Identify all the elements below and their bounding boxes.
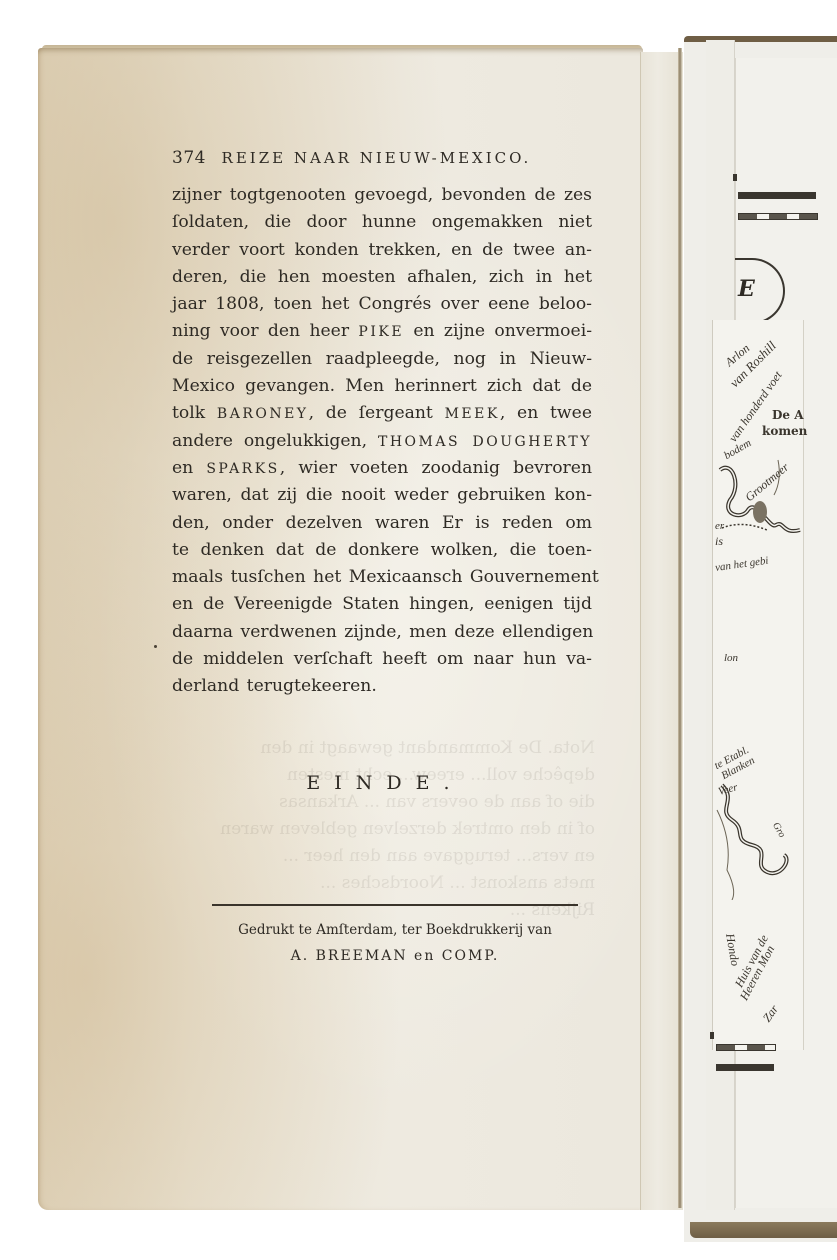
text-line: daarna verdwenen zijnde, men deze ellend… — [172, 619, 592, 646]
text-line: maals tusſchen het Mexicaansch Gouvernem… — [172, 564, 592, 591]
imprint-line-1: Gedrukt te Amſterdam, ter Boekdrukkerij … — [160, 917, 630, 943]
text-line: de reisgezellen raadpleegde, nog in Nieu… — [172, 346, 592, 373]
map-border-bar — [716, 1064, 774, 1071]
text-line: tolk BARONEY, de ſergeant MEEK, en twee — [172, 400, 592, 427]
name-baroney: BARONEY — [217, 406, 309, 422]
imprint-rule — [212, 904, 578, 906]
name-thomas-dougherty: THOMAS DOUGHERTY — [378, 434, 592, 450]
text-line: den, onder dezelven waren Er is reden om — [172, 510, 592, 537]
cartouche-letter: E — [738, 276, 755, 302]
imprint-line-2: A. BREEMAN en COMP. — [160, 943, 630, 969]
text-line: derland terugtekeeren. — [172, 673, 592, 700]
map-label: lon — [724, 652, 738, 664]
binding-edge — [690, 1222, 837, 1238]
text-line: deren, die hen moesten afhalen, zich in … — [172, 264, 592, 291]
text-line: verder voort konden trekken, en de twee … — [172, 237, 592, 264]
text-line: ſoldaten, die door hunne ongemakken niet — [172, 209, 592, 236]
text-line: zijner togtgenooten gevoegd, bevonden de… — [172, 182, 592, 209]
running-head: 374 REIZE NAAR NIEUW-MEXICO. — [172, 148, 592, 182]
map-scale-bar — [716, 1044, 776, 1051]
name-pike: PIKE — [358, 324, 404, 340]
text-line: en SPARKS, wier voeten zoodanig bevroren — [172, 455, 592, 482]
map-border-bar — [738, 192, 816, 199]
map-border-bar — [710, 1032, 714, 1039]
text-line: Mexico gevangen. Men herinnert zich dat … — [172, 373, 592, 400]
page-text-block: 374 REIZE NAAR NIEUW-MEXICO. zijner togt… — [172, 148, 592, 701]
map-label: is — [715, 534, 723, 549]
printer-imprint: Gedrukt te Amſterdam, ter Boekdrukkerij … — [160, 917, 630, 969]
running-head-title: REIZE NAAR NIEUW-MEXICO. — [222, 149, 532, 167]
gutter-crease — [678, 48, 682, 1208]
text-line: te denken dat de donkere wolken, die toe… — [172, 537, 592, 564]
page-fold-strip — [640, 52, 683, 1210]
name-sparks: SPARKS — [206, 461, 279, 477]
text-line: andere ongelukkigen, THOMAS DOUGHERTY — [172, 428, 592, 455]
text-line: en de Vereenigde Staten hingen, eenigen … — [172, 591, 592, 618]
text-line: jaar 1808, toen het Congrés over eene be… — [172, 291, 592, 318]
map-label: De A — [772, 408, 804, 422]
ink-speck — [154, 645, 157, 648]
text-line: ning voor den heer PIKE en zijne onvermo… — [172, 318, 592, 345]
ending-heading: EINDE. — [160, 772, 610, 794]
name-meek: MEEK — [445, 406, 500, 422]
map-border-bar — [733, 174, 737, 181]
page-number: 374 — [172, 148, 206, 168]
text-line: de middelen verſchaft heeft om naar hun … — [172, 646, 592, 673]
text-line: waren, dat zij die nooit weder gebruiken… — [172, 482, 592, 509]
map-label: komen — [762, 424, 807, 438]
map-label: er — [715, 520, 724, 532]
map-scale-bar — [738, 213, 818, 220]
